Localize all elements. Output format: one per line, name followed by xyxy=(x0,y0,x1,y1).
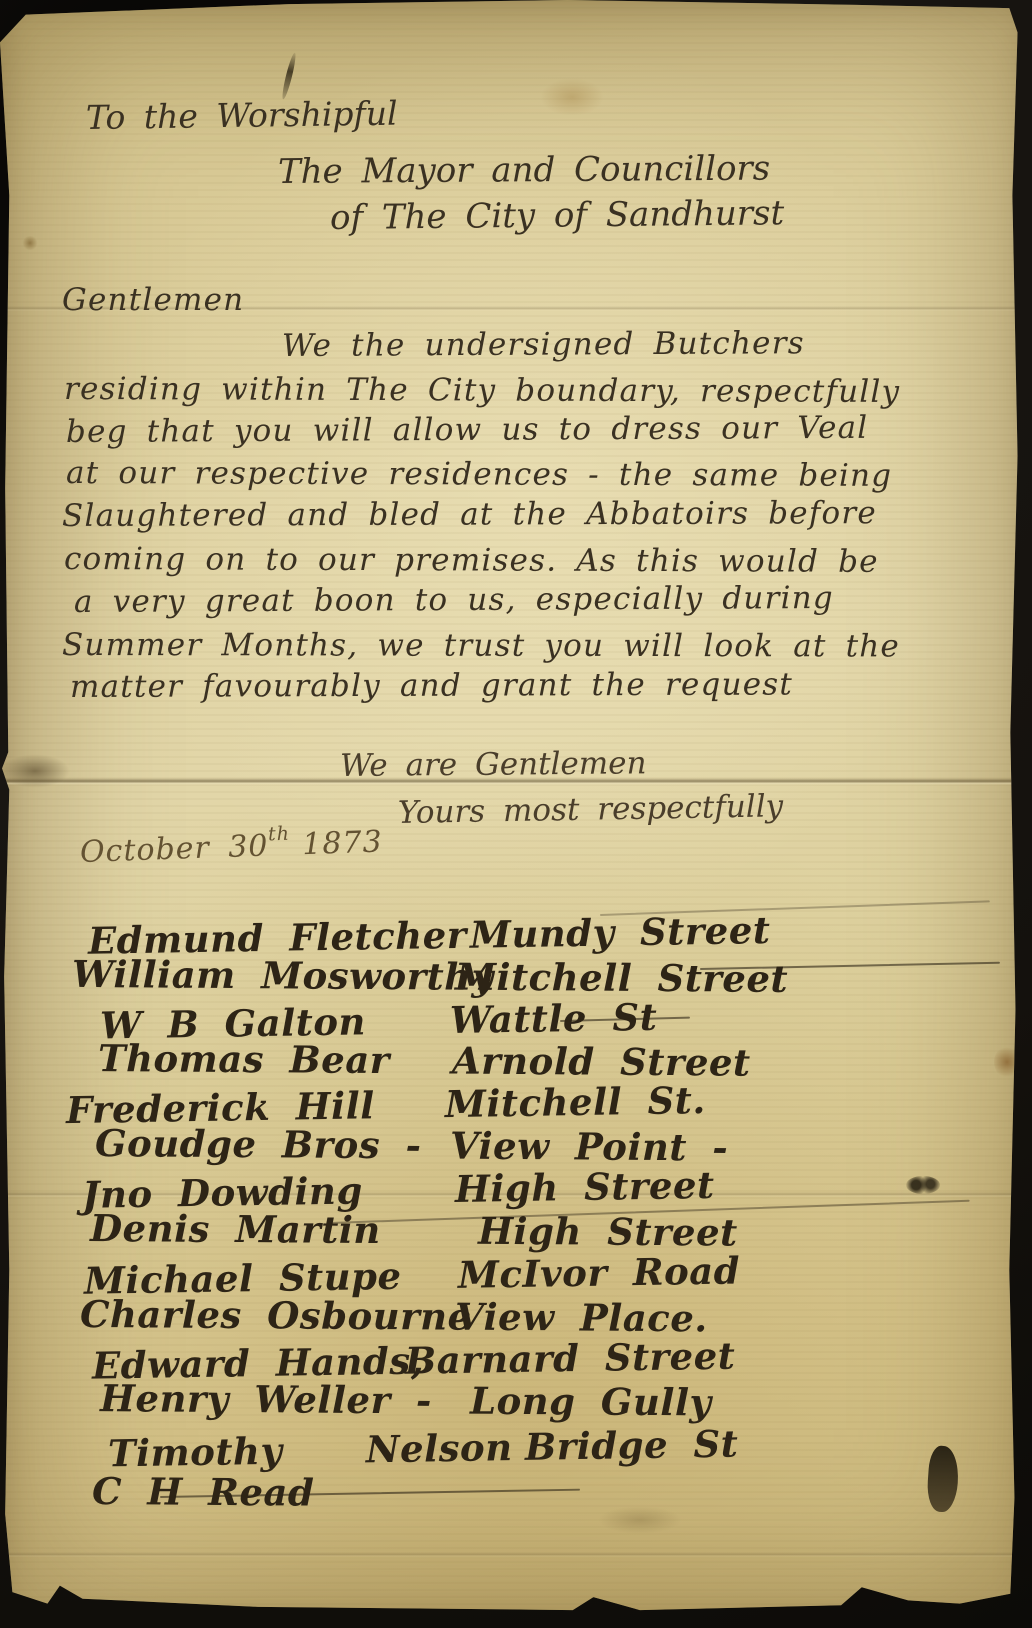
signature-name: Timothy Nelson xyxy=(108,1425,513,1475)
signature-name: Thomas Bear xyxy=(98,1036,390,1082)
signature-address: High Street xyxy=(455,1163,715,1211)
signature-address: Long Gully xyxy=(470,1379,712,1425)
signature-address: Bridge St xyxy=(525,1422,739,1469)
signature-name: William Mosworthy xyxy=(72,952,494,999)
signature-address: View Place. xyxy=(455,1295,708,1341)
photo-background: To the Worshipful The Mayor and Councill… xyxy=(0,0,1032,1628)
signature-address: McIvor Road xyxy=(458,1248,741,1296)
signature-name: Denis Martin xyxy=(90,1206,381,1252)
letter-page: To the Worshipful The Mayor and Councill… xyxy=(0,0,1032,1628)
signature-address: Barnard Street xyxy=(405,1334,736,1383)
signatures-list: Edmund Fletcher Mundy Street William Mos… xyxy=(0,0,1032,1628)
signature-name: Charles Osbourne xyxy=(80,1292,472,1339)
signature-address: Mitchell St. xyxy=(445,1078,706,1126)
signature-name: Henry Weller - xyxy=(100,1376,432,1422)
signature-row: C H Read xyxy=(0,1468,1032,1527)
signature-address: Mundy Street xyxy=(470,908,771,957)
signature-name: C H Read xyxy=(92,1469,315,1515)
signature-name: Goudge Bros - xyxy=(95,1121,422,1167)
